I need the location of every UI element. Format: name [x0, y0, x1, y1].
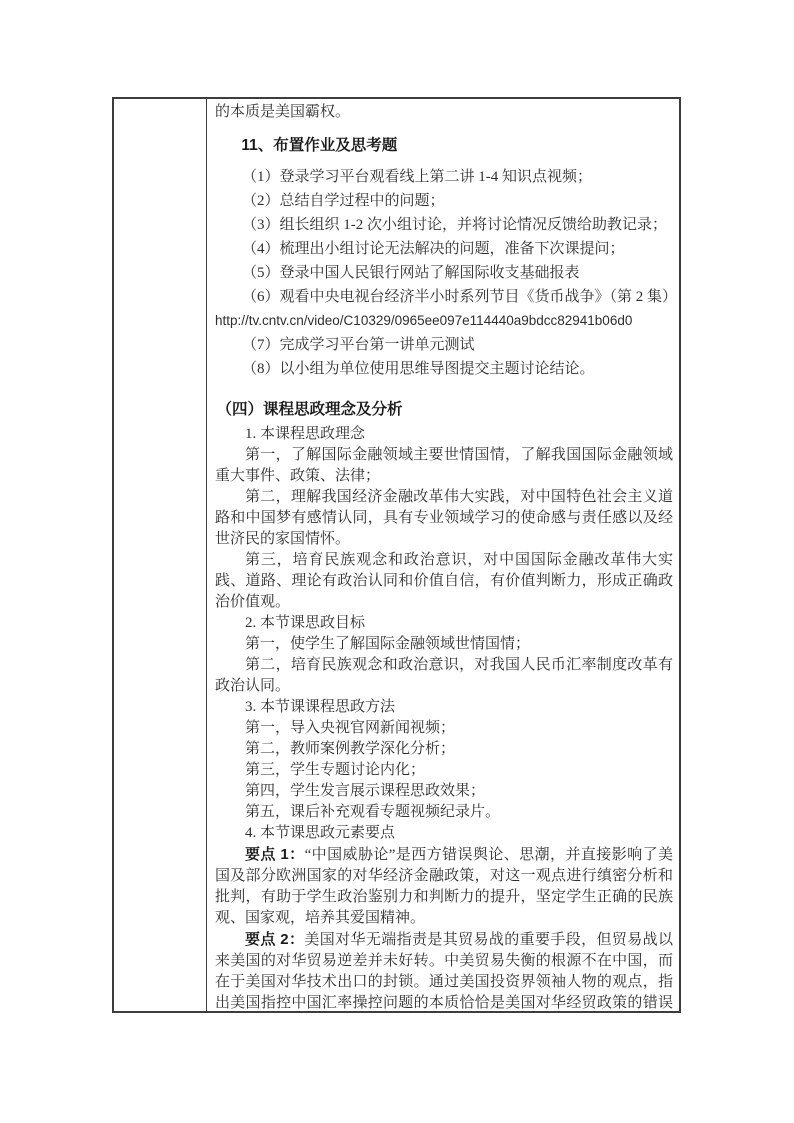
homework-item-6: （6）观看中央电视台经济半小时系列节目《货币战争》（第 2 集）: [215, 285, 673, 309]
subsection-3-paragraph: 第二，教师案例教学深化分析；: [215, 739, 673, 760]
ideology-section-heading: （四）课程思政理念及分析: [215, 399, 673, 420]
point-1-label: 要点 1：: [245, 846, 305, 863]
homework-item-7: （7）完成学习平台第一讲单元测试: [215, 333, 673, 357]
homework-item-8: （8）以小组为单位使用思维导图提交主题讨论结论。: [215, 357, 673, 381]
subsection-1-paragraph: 第一，了解国际金融领域主要世情国情，了解我国国际金融领域重大事件、政策、法律；: [215, 445, 673, 487]
table-left-empty-cell: [114, 99, 207, 1011]
subsection-1-paragraph: 第二，理解我国经济金融改革伟大实践，对中国特色社会主义道路和中国梦有感情认同，具…: [215, 487, 673, 550]
subsection-2-paragraph: 第二，培育民族观念和政治意识，对我国人民币汇率制度改革有政治认同。: [215, 655, 673, 697]
subsection-1-title: 1. 本课程思政理念: [215, 424, 673, 445]
subsection-2-title: 2. 本节课思政目标: [215, 613, 673, 634]
homework-item-5: （5）登录中国人民银行网站了解国际收支基础报表: [215, 261, 673, 285]
subsection-3-paragraph: 第五，课后补充观看专题视频纪录片。: [215, 802, 673, 823]
continuation-paragraph: 的本质是美国霸权。: [215, 102, 673, 123]
subsection-2-paragraph: 第一，使学生了解国际金融领域世情国情；: [215, 634, 673, 655]
ideology-point-1: 要点 1：“中国威胁论”是西方错误舆论、思潮，并直接影响了美国及部分欧洲国家的对…: [215, 844, 673, 929]
table-content-cell: 的本质是美国霸权。 11、布置作业及思考题 （1）登录学习平台观看线上第二讲 1…: [207, 99, 679, 1011]
subsection-3-paragraph: 第一，导入央视官网新闻视频；: [215, 718, 673, 739]
homework-heading: 11、布置作业及思考题: [215, 135, 673, 156]
video-url: http://tv.cntv.cn/video/C10329/0965ee097…: [215, 309, 673, 333]
point-2-label: 要点 2：: [245, 931, 304, 948]
homework-item-4: （4）梳理出小组讨论无法解决的问题，准备下次课提问；: [215, 237, 673, 261]
subsection-4-title: 4. 本节课思政元素要点: [215, 823, 673, 844]
lesson-plan-table: 的本质是美国霸权。 11、布置作业及思考题 （1）登录学习平台观看线上第二讲 1…: [112, 97, 681, 1013]
ideology-point-2: 要点 2：美国对华无端指责是其贸易战的重要手段，但贸易战以来美国的对华贸易逆差并…: [215, 929, 673, 1011]
homework-item-1: （1）登录学习平台观看线上第二讲 1-4 知识点视频；: [215, 165, 673, 189]
homework-item-3: （3）组长组织 1-2 次小组讨论，并将讨论情况反馈给助教记录；: [215, 213, 673, 237]
subsection-3-paragraph: 第四，学生发言展示课程思政效果；: [215, 781, 673, 802]
subsection-3-paragraph: 第三，学生专题讨论内化；: [215, 760, 673, 781]
subsection-1-paragraph: 第三，培育民族观念和政治意识，对中国国际金融改革伟大实践、道路、理论有政治认同和…: [215, 550, 673, 613]
document-page: 的本质是美国霸权。 11、布置作业及思考题 （1）登录学习平台观看线上第二讲 1…: [0, 0, 794, 1123]
subsection-3-title: 3. 本节课课程思政方法: [215, 697, 673, 718]
homework-item-2: （2）总结自学过程中的问题；: [215, 189, 673, 213]
